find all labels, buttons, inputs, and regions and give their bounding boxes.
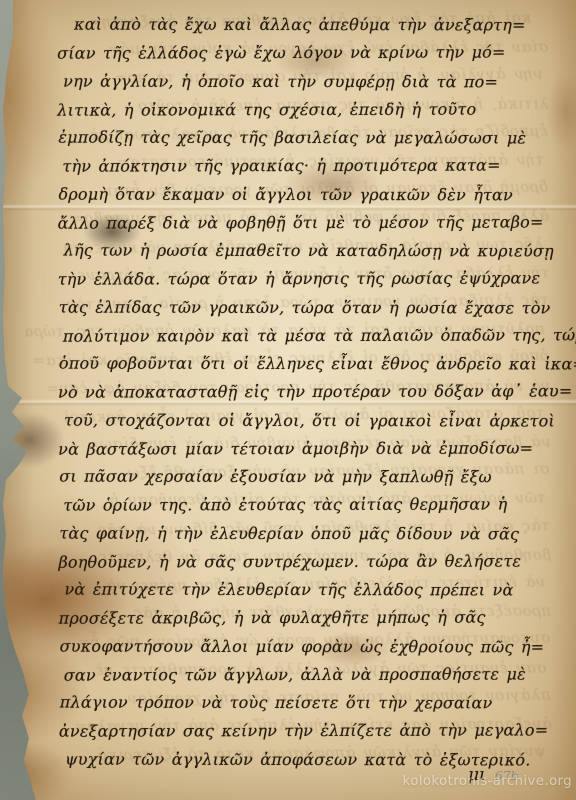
manuscript-line: δρομὴ ὅταν ἔκαμαν οἱ ἄγγλοι τῶν γραικῶν …	[58, 180, 572, 209]
paper-sheet: καὶ ἀπὸ τὰς ἔχω καὶ ἄλλας ἀπεθύμα τὴν ἀν…	[0, 0, 576, 800]
manuscript-line: βοηθοῦμεν, ἡ νὰ σᾶς συντρέχωμεν. τώρα ἂν…	[58, 547, 572, 577]
manuscript-line: ἄλλο παρέξ διὰ νὰ φοβηθῇ ὅτι μὲ τὸ μέσον…	[58, 208, 572, 238]
manuscript-line: τοῦ, στοχάζονται οἱ ἄγγλοι, ὅτι οἱ γραικ…	[59, 406, 573, 435]
manuscript-line: νὰ ἐπιτύχετε τὴν ἐλευθερίαν τῆς ἑλλάδος …	[59, 576, 573, 605]
manuscript-line: τὴν ἑλλάδα. τώρα ὅταν ἡ ἄρνησις τῆς ρωσί…	[58, 265, 572, 295]
manuscript-line: ἀνεξαρτησίαν σας κείνην τὴν ἐλπίζετε ἀπὸ…	[59, 717, 573, 747]
manuscript-line: τῶν ὁρίων της. ἀπὸ ἐτούτας τὰς αἰτίας θε…	[58, 491, 572, 521]
manuscript-line: ὁποῦ φοβοῦνται ὅτι οἱ ἕλληνες εἶναι ἔθνο…	[59, 350, 573, 379]
manuscript-line: σαν ἐναντίος τῶν ἄγγλων, ἀλλὰ νὰ προσπαθ…	[59, 660, 573, 690]
watermark: kolokotronis-archive.org	[403, 773, 572, 789]
manuscript-line: σι πᾶσαν χερσαίαν ἐξουσίαν νὰ μὴν ξαπλωθ…	[59, 463, 573, 492]
manuscript-line: σίαν τῆς ἑλλάδος ἐγὼ ἔχω λόγον νὰ κρίνω …	[57, 39, 571, 69]
manuscript-line: πολύτιμον καιρὸν καὶ τὰ μέσα τὰ παλαιῶν …	[58, 321, 572, 351]
manuscript-line: ἐμποδίζῃ τὰς χεῖρας τῆς βασιλείας νὰ μεγ…	[58, 124, 572, 153]
manuscript-line: τὰς ἐλπίδας τῶν γραικῶν, τώρα ὅταν ἡ ρωσ…	[59, 293, 573, 322]
manuscript-scan: καὶ ἀπὸ τὰς ἔχω καὶ ἄλλας ἀπεθύμα τὴν ἀν…	[0, 0, 576, 800]
handwritten-text: καὶ ἀπὸ τὰς ἔχω καὶ ἄλλας ἀπεθύμα τὴν ἀν…	[57, 10, 573, 774]
manuscript-line: τὴν ἀπόκτησιν τῆς γραικίας· ἡ προτιμότερ…	[57, 152, 571, 182]
manuscript-line: νὸ νὰ ἀποκατασταθῇ εἰς τὴν προτέραν του …	[58, 378, 572, 408]
manuscript-line: προσέξετε ἀκριβῶς, ἡ νὰ φυλαχθῆτε μήπως …	[59, 604, 573, 634]
manuscript-line: καὶ ἀπὸ τὰς ἔχω καὶ ἄλλας ἀπεθύμα τὴν ἀν…	[58, 11, 572, 40]
manuscript-line: νην ἀγγλίαν, ἡ ὁποῖο καὶ τὴν συμφέρῃ διὰ…	[58, 67, 572, 96]
manuscript-line: λιτικὰ, ἡ οἰκονομικά της σχέσια, ἐπειδὴ …	[57, 95, 571, 125]
manuscript-line: συκοφαντήσουν ἄλλοι μίαν φορὰν ὡς ἐχθροί…	[60, 632, 574, 661]
manuscript-line: λῆς των ἡ ρωσία ἐμπαθεῖτο νὰ καταδηλώσῃ …	[59, 237, 573, 266]
manuscript-line: πλάγιον τρόπον νὰ τοὺς πείσετε ὅτι τὴν χ…	[60, 689, 574, 718]
manuscript-line: νὰ βαστάξωσι μίαν τέτοιαν ἀμοιβὴν διὰ νὰ…	[58, 434, 572, 464]
manuscript-line: τὰς φαίνῃ, ἡ τὴν ἐλευθερίαν ὁποῦ μᾶς δίδ…	[59, 519, 573, 548]
